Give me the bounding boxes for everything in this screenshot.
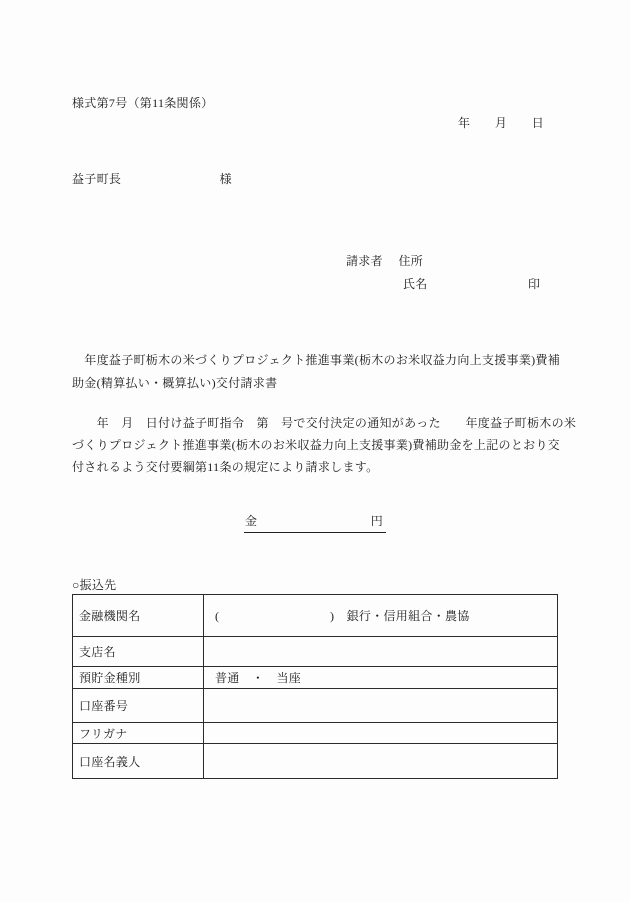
table-row-furigana: フリガナ	[73, 723, 558, 744]
table-row-account-holder: 口座名義人	[73, 744, 558, 779]
table-row-branch-name: 支店名	[73, 637, 558, 667]
form-number: 様式第7号（第11条関係）	[72, 96, 213, 111]
row-label-cell: 支店名	[73, 637, 204, 667]
addressee-line: 益子町長 様	[72, 172, 232, 187]
body-paragraph-line-3: 付されるよう交付要綱第11条の規定により請求します。	[72, 460, 378, 475]
amount-prefix: 金	[245, 514, 257, 529]
claimant-address-line: 請求者 住所	[346, 254, 423, 269]
table-row-account-number: 口座番号	[73, 689, 558, 723]
body-paragraph-line-2: づくりプロジェクト推進事業(栃木のお米収益力向上支援事業)費補助金を上記のとおり…	[72, 438, 560, 453]
date-line: 年 月 日	[458, 116, 544, 131]
claimant-name-label: 氏名	[403, 277, 428, 292]
row-label-cell: 預貯金種別	[73, 667, 204, 689]
row-value-cell	[204, 689, 558, 723]
row-value-cell	[204, 723, 558, 744]
table-row-account-type: 預貯金種別 普通 ・ 当座	[73, 667, 558, 689]
row-value-cell: ( ) 銀行・信用組合・農協	[204, 595, 558, 637]
document-title-line-2: 助金(精算払い・概算払い)交付請求書	[72, 376, 277, 391]
document-page: 様式第7号（第11条関係） 年 月 日 益子町長 様 請求者 住所 氏名 印 年…	[0, 0, 630, 903]
transfer-table: 金融機関名 ( ) 銀行・信用組合・農協 支店名 預貯金種別 普通 ・ 当座 口…	[72, 594, 558, 779]
row-value-cell	[204, 744, 558, 779]
document-title-line-1: 年度益子町栃木の米づくりプロジェクト推進事業(栃木のお米収益力向上支援事業)費補	[72, 353, 560, 368]
row-label-cell: 金融機関名	[73, 595, 204, 637]
amount-suffix: 円	[371, 514, 383, 529]
row-label-cell: 口座番号	[73, 689, 204, 723]
row-label-cell: フリガナ	[73, 723, 204, 744]
seal-label: 印	[528, 277, 540, 292]
row-value-cell: 普通 ・ 当座	[204, 667, 558, 689]
row-label-cell: 口座名義人	[73, 744, 204, 779]
amount-line: 金 円	[244, 514, 386, 533]
table-row-financial-institution: 金融機関名 ( ) 銀行・信用組合・農協	[73, 595, 558, 637]
body-paragraph-line-1: 年 月 日付け益子町指令 第 号で交付決定の通知があった 年度益子町栃木の米	[72, 416, 576, 431]
transfer-section-heading: ○振込先	[72, 578, 116, 593]
row-value-cell	[204, 637, 558, 667]
